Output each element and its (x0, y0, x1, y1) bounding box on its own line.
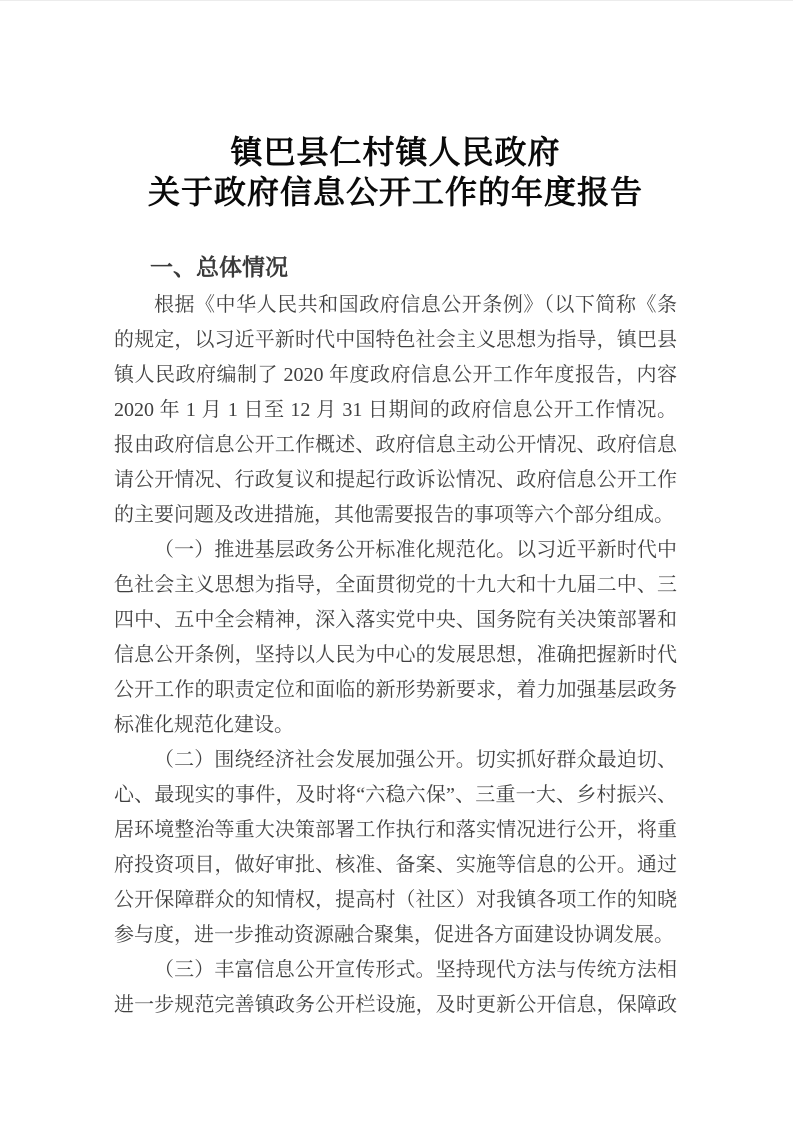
document-body: 根据《中华人民共和国政府信息公开条例》（以下简称《条例》） 的规定，以习近平新时… (114, 288, 677, 1023)
text-line: （三）丰富信息公开宣传形式。坚持现代方法与传统方法相结合， (114, 953, 677, 988)
text-line: 镇人民政府编制了 2020 年度政府信息公开工作年度报告，内容涵盖 (114, 358, 677, 393)
text-line: 心、最现实的事件，及时将“六稳六保”、三重一大、乡村振兴、人 (114, 778, 677, 813)
text-line: 请公开情况、行政复议和提起行政诉讼情况、政府信息公开工作存在 (114, 463, 677, 498)
text-line: 府投资项目，做好审批、核准、备案、实施等信息的公开。通过政务 (114, 848, 677, 883)
text-line: 四中、五中全会精神，深入落实党中央、国务院有关决策部署和政府 (114, 603, 677, 638)
text-line: 居环境整治等重大决策部署工作执行和落实情况进行公开，将重大政 (114, 813, 677, 848)
text-line: （一）推进基层政务公开标准化规范化。以习近平新时代中国特 (114, 533, 677, 568)
text-line: 公开保障群众的知情权，提高村（社区）对我镇各项工作的知晓度和 (114, 883, 677, 918)
text-line: 的主要问题及改进措施，其他需要报告的事项等六个部分组成。 (114, 498, 677, 533)
document-title: 镇巴县仁村镇人民政府 关于政府信息公开工作的年度报告 (114, 132, 677, 212)
text-line: 标准化规范化建设。 (114, 708, 677, 743)
text-line: 根据《中华人民共和国政府信息公开条例》（以下简称《条例》） (114, 288, 677, 323)
text-line: 2020 年 1 月 1 日至 12 月 31 日期间的政府信息公开工作情况。本… (114, 393, 677, 428)
title-line-1: 镇巴县仁村镇人民政府 (114, 132, 677, 172)
text-line: 参与度，进一步推动资源融合聚集，促进各方面建设协调发展。 (114, 918, 677, 953)
text-line: 进一步规范完善镇政务公开栏设施，及时更新公开信息，保障政务公 (114, 988, 677, 1023)
text-line: 信息公开条例，坚持以人民为中心的发展思想，准确把握新时代政务 (114, 638, 677, 673)
text-line: 公开工作的职责定位和面临的新形势新要求，着力加强基层政务公开 (114, 673, 677, 708)
document-content: 镇巴县仁村镇人民政府 关于政府信息公开工作的年度报告 一、总体情况 根据《中华人… (114, 132, 677, 1023)
document-page: 镇巴县仁村镇人民政府 关于政府信息公开工作的年度报告 一、总体情况 根据《中华人… (0, 0, 793, 1122)
text-line: 的规定，以习近平新时代中国特色社会主义思想为指导，镇巴县仁村 (114, 323, 677, 358)
text-line: （二）围绕经济社会发展加强公开。切实抓好群众最迫切、最关 (114, 743, 677, 778)
paragraph-4: （三）丰富信息公开宣传形式。坚持现代方法与传统方法相结合， 进一步规范完善镇政务… (114, 953, 677, 1023)
section-heading: 一、总体情况 (150, 251, 677, 283)
title-line-2: 关于政府信息公开工作的年度报告 (114, 172, 677, 212)
text-line: 色社会主义思想为指导，全面贯彻党的十九大和十九届二中、三中、 (114, 568, 677, 603)
paragraph-2: （一）推进基层政务公开标准化规范化。以习近平新时代中国特 色社会主义思想为指导，… (114, 533, 677, 743)
text-line: 报由政府信息公开工作概述、政府信息主动公开情况、政府信息依申 (114, 428, 677, 463)
paragraph-3: （二）围绕经济社会发展加强公开。切实抓好群众最迫切、最关 心、最现实的事件，及时… (114, 743, 677, 953)
paragraph-1: 根据《中华人民共和国政府信息公开条例》（以下简称《条例》） 的规定，以习近平新时… (114, 288, 677, 533)
